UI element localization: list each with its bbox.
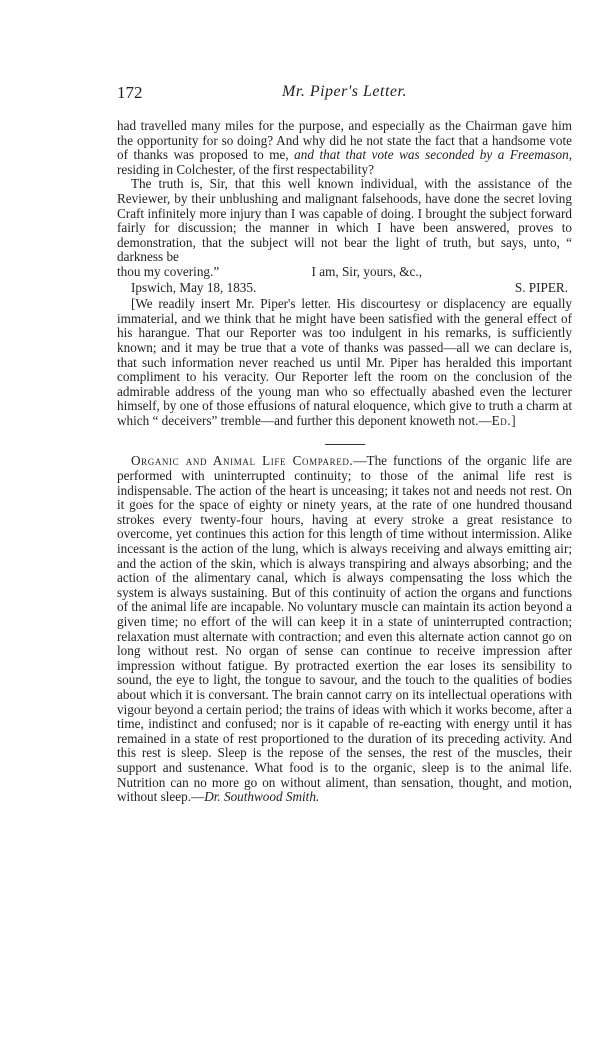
signature-line: Ipswich, May 18, 1835. S. PIPER. xyxy=(117,281,572,296)
letter-closing: I am, Sir, yours, &c., xyxy=(312,265,572,280)
article-title: Organic and Animal Life Compared. xyxy=(131,453,353,468)
editor-note-text: [We readily insert Mr. Piper's letter. H… xyxy=(117,296,572,428)
letter-paragraph-2: The truth is, Sir, that this well known … xyxy=(117,177,572,265)
signature: S. PIPER. xyxy=(515,281,572,296)
article-body: —The functions of the organic life are p… xyxy=(117,453,572,804)
running-head: Mr. Piper's Letter. xyxy=(117,83,572,101)
article-paragraph: Organic and Animal Life Compared.—The fu… xyxy=(117,454,572,804)
page-header: 172 Mr. Piper's Letter. xyxy=(117,83,572,105)
editor-sign: Ed.] xyxy=(492,413,517,428)
letter-paragraph-1: had travelled many miles for the purpose… xyxy=(117,119,572,177)
place-date: Ipswich, May 18, 1835. xyxy=(131,281,256,296)
letter-paragraph-2-end: thou my covering.” xyxy=(117,265,219,280)
letter-text: residing in Colchester, of the first res… xyxy=(117,162,374,177)
editor-note: [We readily insert Mr. Piper's letter. H… xyxy=(117,297,572,428)
letter-emphasis: and that that vote was seconded by a Fre… xyxy=(294,147,572,162)
page-body: had travelled many miles for the purpose… xyxy=(117,119,572,805)
section-divider xyxy=(325,444,365,445)
letter-closing-row: thou my covering.” I am, Sir, yours, &c.… xyxy=(117,265,572,280)
article-attribution: Dr. Southwood Smith. xyxy=(204,789,319,804)
